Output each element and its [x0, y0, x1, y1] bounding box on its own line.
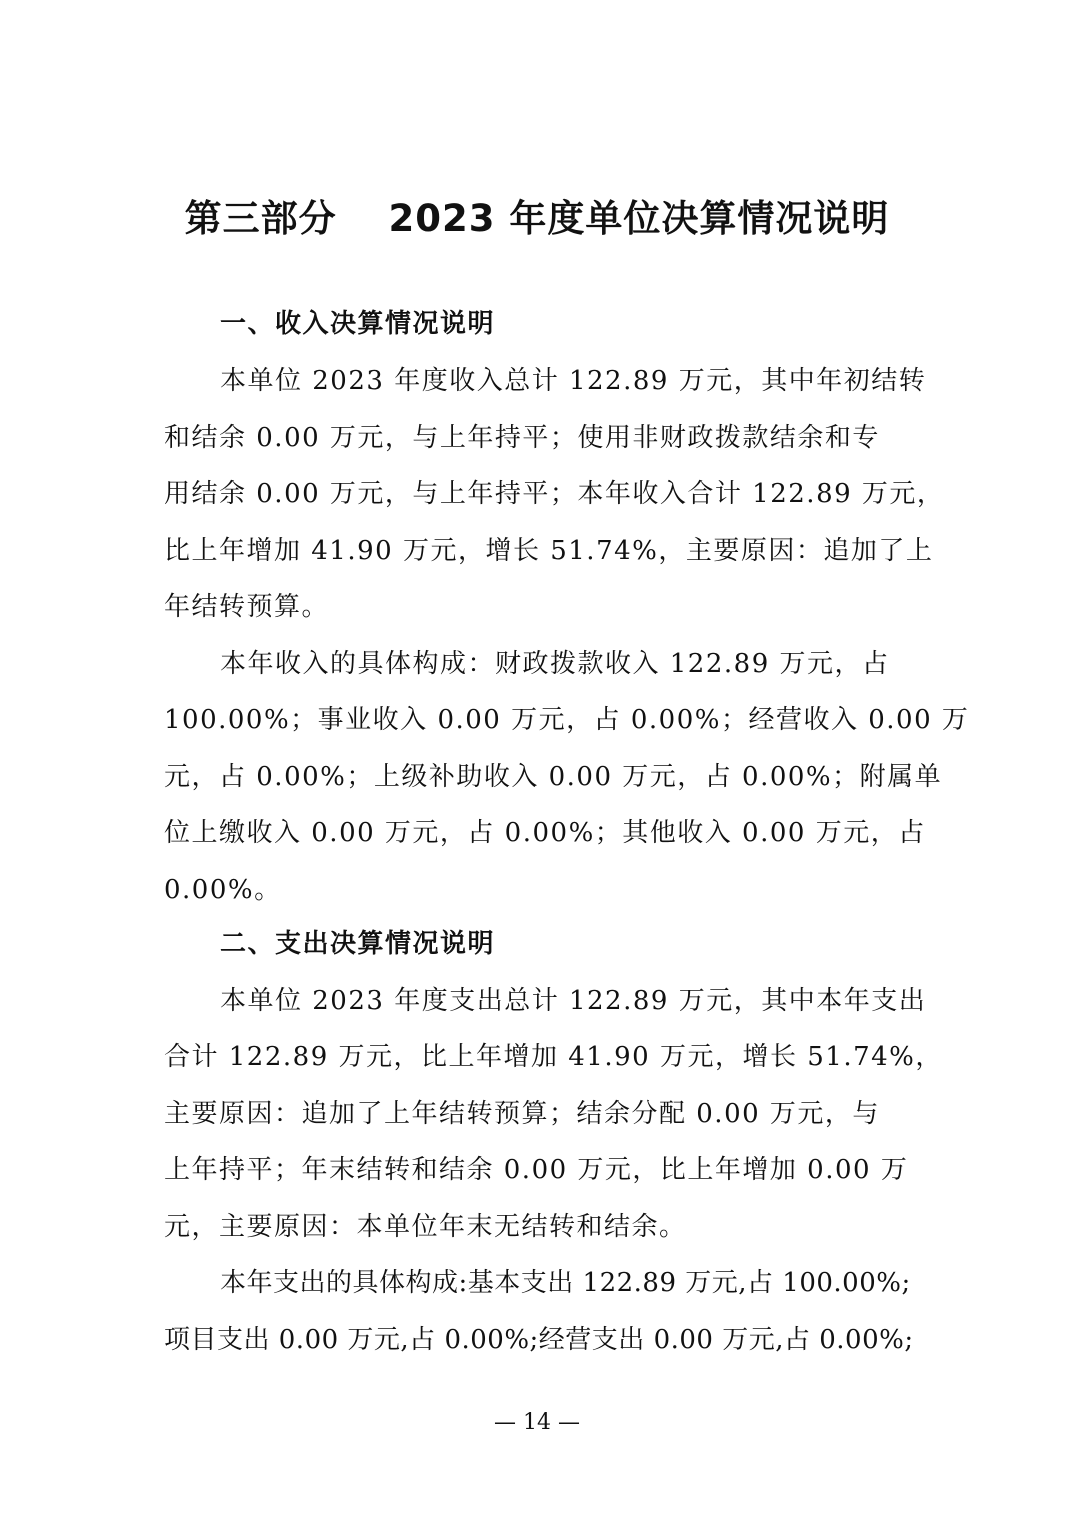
- paragraph-line: 年结转预算。: [164, 591, 329, 623]
- paragraph-line: 本单位 2023 年度收入总计 122.89 万元，其中年初结转: [220, 365, 926, 397]
- paragraph-line: 本单位 2023 年度支出总计 122.89 万元，其中本年支出: [220, 985, 926, 1017]
- paragraph-line: 和结余 0.00 万元，与上年持平；使用非财政拨款结余和专: [164, 422, 880, 454]
- section-heading-income: 一、收入决算情况说明: [220, 308, 495, 340]
- paragraph-line: 上年持平；年末结转和结余 0.00 万元，比上年增加 0.00 万: [164, 1154, 908, 1186]
- paragraph-line: 元，主要原因：本单位年末无结转和结余。: [164, 1211, 687, 1243]
- paragraph-line: 本年支出的具体构成:基本支出 122.89 万元,占 100.00%;: [220, 1267, 911, 1299]
- document-page: 第三部分 2023 年度单位决算情况说明 一、收入决算情况说明 本单位 2023…: [0, 0, 1074, 1520]
- paragraph-line: 主要原因：追加了上年结转预算；结余分配 0.00 万元，与: [164, 1098, 880, 1130]
- paragraph-line: 元，占 0.00%；上级补助收入 0.00 万元，占 0.00%；附属单: [164, 761, 942, 793]
- paragraph-line: 用结余 0.00 万元，与上年持平；本年收入合计 122.89 万元，: [164, 478, 944, 510]
- paragraph-line: 合计 122.89 万元，比上年增加 41.90 万元，增长 51.74%，: [164, 1041, 943, 1073]
- page-title: 第三部分 2023 年度单位决算情况说明: [0, 188, 1074, 242]
- page-number: — 14 —: [0, 1410, 1074, 1435]
- paragraph-line: 比上年增加 41.90 万元，增长 51.74%，主要原因：追加了上: [164, 535, 933, 567]
- paragraph-line: 0.00%。: [164, 874, 282, 906]
- paragraph-line: 位上缴收入 0.00 万元，占 0.00%；其他收入 0.00 万元，占: [164, 817, 926, 849]
- section-heading-expenditure: 二、支出决算情况说明: [220, 928, 495, 960]
- paragraph-line: 项目支出 0.00 万元,占 0.00%;经营支出 0.00 万元,占 0.00…: [164, 1324, 914, 1356]
- paragraph-line: 本年收入的具体构成：财政拨款收入 122.89 万元，占: [220, 648, 890, 680]
- paragraph-line: 100.00%；事业收入 0.00 万元，占 0.00%；经营收入 0.00 万: [164, 704, 969, 736]
